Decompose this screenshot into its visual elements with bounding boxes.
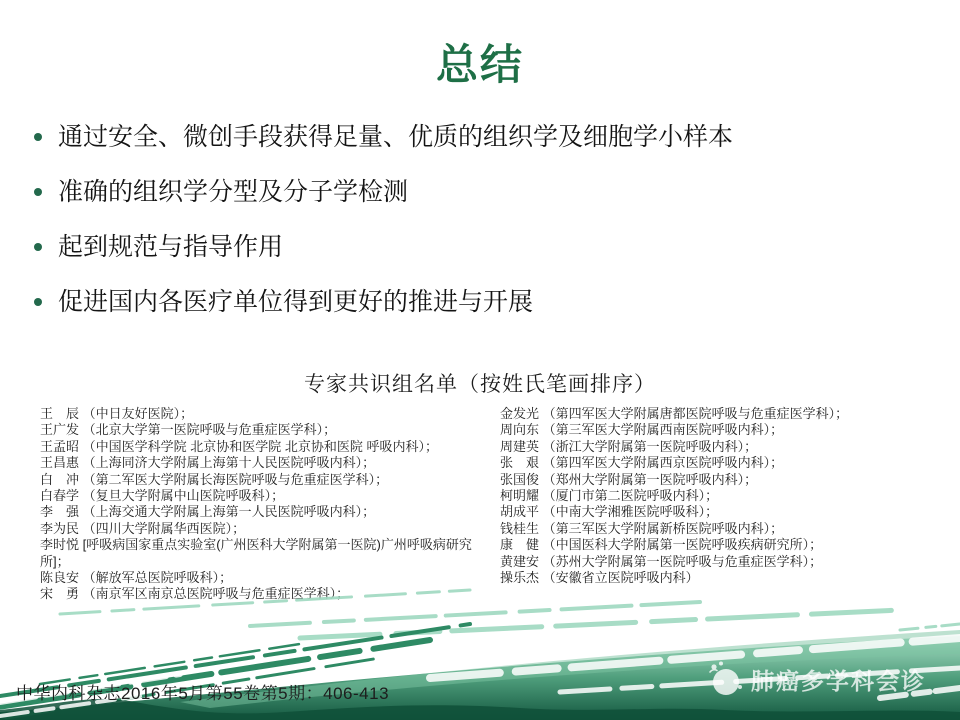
- expert-list-item: 金发光 （第四军医大学附属唐都医院呼吸与危重症医学科）；: [500, 406, 930, 422]
- expert-column-left: 王 辰 （中日友好医院）；王广发 （北京大学第一医院呼吸与危重症医学科）；王孟昭…: [40, 406, 492, 603]
- bullet-dot-icon: [34, 188, 42, 196]
- bullet-item: 促进国内各医疗单位得到更好的推进与开展: [34, 287, 914, 317]
- expert-list-item: 王 辰 （中日友好医院）；: [40, 406, 492, 422]
- expert-column-right: 金发光 （第四军医大学附属唐都医院呼吸与危重症医学科）；周向东 （第三军医大学附…: [500, 406, 930, 603]
- expert-list-item: 胡成平 （中南大学湘雅医院呼吸科）；: [500, 504, 930, 520]
- expert-list-item: 白 冲 （第二军医大学附属长海医院呼吸与危重症医学科）；: [40, 472, 492, 488]
- expert-list-item: 周向东 （第三军医大学附属西南医院呼吸内科）；: [500, 422, 930, 438]
- presentation-slide: 总结 通过安全、微创手段获得足量、优质的组织学及细胞学小样本 准确的组织学分型及…: [0, 0, 960, 720]
- expert-list-item: 柯明耀 （厦门市第二医院呼吸内科）；: [500, 488, 930, 504]
- journal-citation: 中华内科杂志2016年5月第55卷第5期：406-413: [16, 679, 389, 704]
- bullet-text: 准确的组织学分型及分子学检测: [58, 177, 408, 207]
- expert-list-item: 李 强 （上海交通大学附属上海第一人民医院呼吸内科）；: [40, 504, 492, 520]
- slide-title: 总结: [0, 32, 960, 92]
- expert-list-item: 李时悦 [呼吸病国家重点实验室(广州医科大学附属第一医院)广州呼吸病研究所]；: [40, 537, 492, 570]
- expert-list-item: 王孟昭 （中国医学科学院 北京协和医学院 北京协和医院 呼吸内科）；: [40, 439, 492, 455]
- mdt-logo-icon: [707, 660, 743, 698]
- bullet-text: 起到规范与指导作用: [58, 232, 283, 262]
- bullet-item: 通过安全、微创手段获得足量、优质的组织学及细胞学小样本: [34, 122, 914, 152]
- expert-list-item: 张 艰 （第四军医大学附属西京医院呼吸内科）；: [500, 455, 930, 471]
- bullet-dot-icon: [34, 133, 42, 141]
- expert-list-item: 张国俊 （郑州大学附属第一医院呼吸内科）；: [500, 472, 930, 488]
- bullet-dot-icon: [34, 298, 42, 306]
- expert-list-item: 李为民 （四川大学附属华西医院）；: [40, 521, 492, 537]
- expert-list-item: 钱桂生 （第三军医大学附属新桥医院呼吸内科）；: [500, 521, 930, 537]
- bullet-item: 准确的组织学分型及分子学检测: [34, 177, 914, 207]
- expert-list-item: 王昌惠 （上海同济大学附属上海第十人民医院呼吸内科）；: [40, 455, 492, 471]
- bullet-item: 起到规范与指导作用: [34, 232, 914, 262]
- bullet-list: 通过安全、微创手段获得足量、优质的组织学及细胞学小样本 准确的组织学分型及分子学…: [34, 122, 914, 342]
- expert-list-item: 康 健 （中国医科大学附属第一医院呼吸疾病研究所）；: [500, 537, 930, 553]
- expert-list-item: 王广发 （北京大学第一医院呼吸与危重症医学科）；: [40, 422, 492, 438]
- bullet-text: 通过安全、微创手段获得足量、优质的组织学及细胞学小样本: [58, 122, 733, 152]
- expert-list-heading: 专家共识组名单（按姓氏笔画排序）: [0, 368, 960, 398]
- mdt-watermark: 肺癌多学科会诊: [707, 660, 926, 698]
- bullet-dot-icon: [34, 243, 42, 251]
- expert-list-item: 黄建安 （苏州大学附属第一医院呼吸与危重症医学科）；: [500, 554, 930, 570]
- bullet-text: 促进国内各医疗单位得到更好的推进与开展: [58, 287, 533, 317]
- expert-list-item: 周建英 （浙江大学附属第一医院呼吸内科）；: [500, 439, 930, 455]
- watermark-text: 肺癌多学科会诊: [751, 663, 926, 696]
- expert-list: 王 辰 （中日友好医院）；王广发 （北京大学第一医院呼吸与危重症医学科）；王孟昭…: [40, 406, 930, 603]
- expert-list-item: 白春学 （复旦大学附属中山医院呼吸科）；: [40, 488, 492, 504]
